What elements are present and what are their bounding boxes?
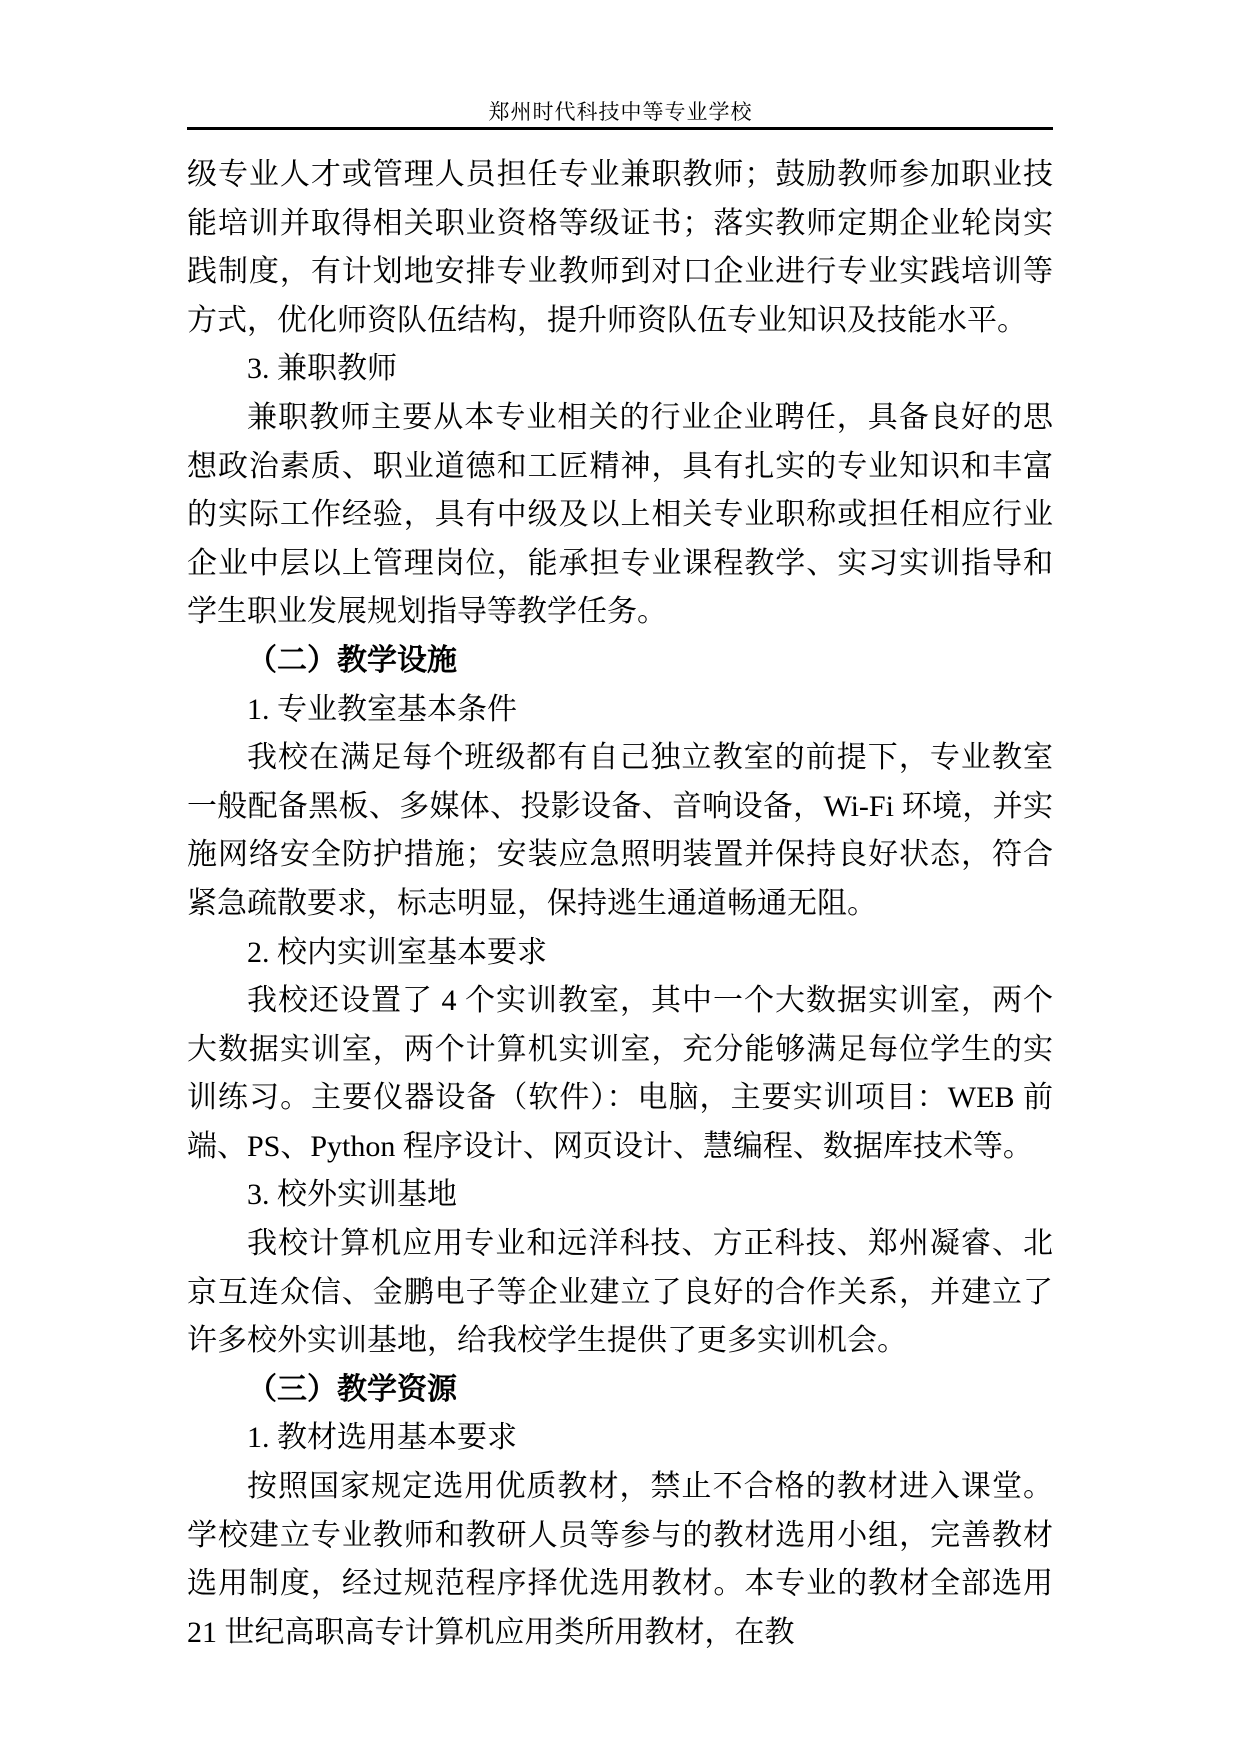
section-heading: （三）教学资源 [187, 1366, 1053, 1415]
body-paragraph: 按照国家规定选用优质教材，禁止不合格的教材进入课堂。学校建立专业教师和教研人员等… [187, 1463, 1053, 1657]
document-page: 郑州时代科技中等专业学校 级专业人才或管理人员担任专业兼职教师；鼓励教师参加职业… [0, 0, 1241, 1754]
header-rule [187, 127, 1053, 130]
subsection-heading: 2. 校内实训室基本要求 [187, 929, 1053, 978]
subsection-heading: 1. 教材选用基本要求 [187, 1414, 1053, 1463]
subsection-heading: 3. 校外实训基地 [187, 1171, 1053, 1220]
body-paragraph: 级专业人才或管理人员担任专业兼职教师；鼓励教师参加职业技能培训并取得相关职业资格… [187, 151, 1053, 345]
subsection-heading: 1. 专业教室基本条件 [187, 686, 1053, 735]
section-heading: （二）教学设施 [187, 637, 1053, 686]
document-body: 级专业人才或管理人员担任专业兼职教师；鼓励教师参加职业技能培训并取得相关职业资格… [187, 151, 1053, 1657]
body-paragraph: 我校还设置了 4 个实训教室，其中一个大数据实训室，两个大数据实训室，两个计算机… [187, 977, 1053, 1171]
page-header-title: 郑州时代科技中等专业学校 [0, 96, 1241, 126]
body-paragraph: 兼职教师主要从本专业相关的行业企业聘任，具备良好的思想政治素质、职业道德和工匠精… [187, 394, 1053, 637]
body-paragraph: 我校在满足每个班级都有自己独立教室的前提下，专业教室一般配备黑板、多媒体、投影设… [187, 734, 1053, 928]
subsection-heading: 3. 兼职教师 [187, 345, 1053, 394]
body-paragraph: 我校计算机应用专业和远洋科技、方正科技、郑州凝睿、北京互连众信、金鹏电子等企业建… [187, 1220, 1053, 1366]
